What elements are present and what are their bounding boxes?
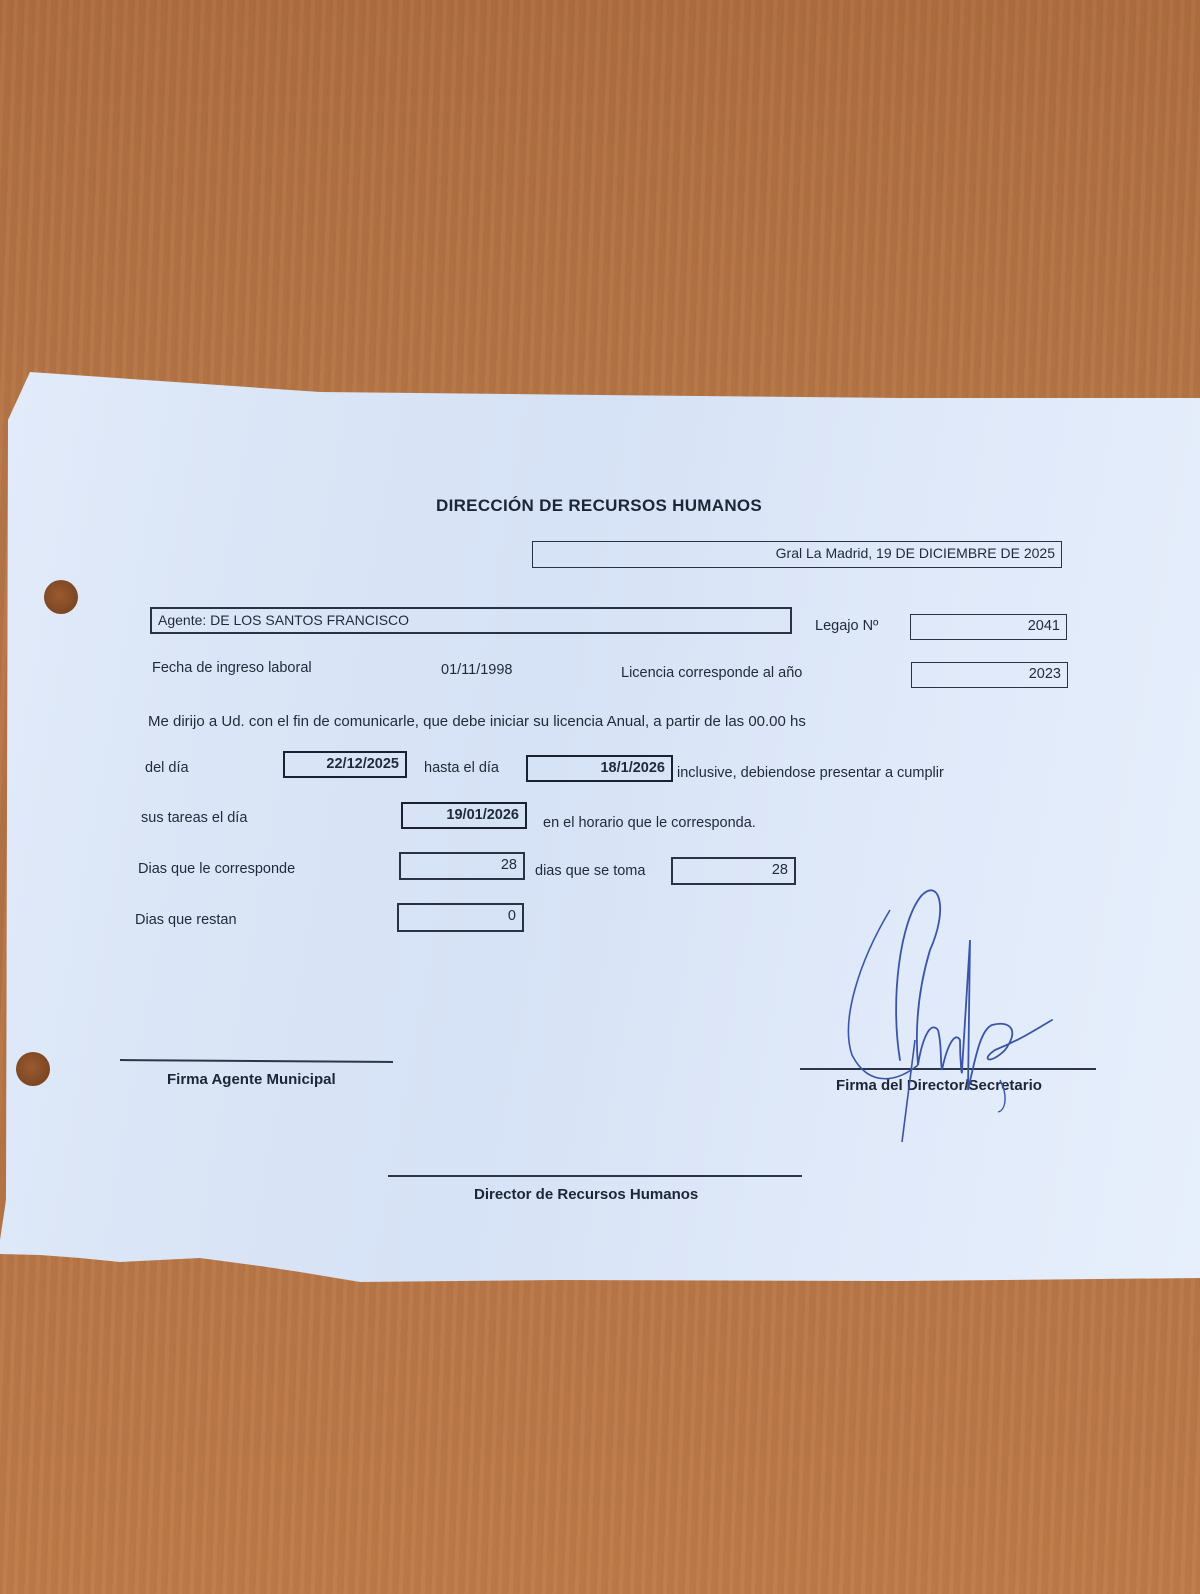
dias-toma-label: dias que se toma — [535, 863, 645, 879]
director-rrhh-label: Director de Recursos Humanos — [474, 1186, 698, 1203]
return-date-field: 19/01/2026 — [401, 802, 527, 829]
dias-restan-label: Dias que restan — [135, 912, 237, 928]
licencia-year-field: 2023 — [911, 662, 1068, 688]
del-dia-label: del día — [145, 760, 189, 776]
dias-restan-field: 0 — [397, 903, 524, 932]
agent-name-field: Agente: DE LOS SANTOS FRANCISCO — [150, 607, 792, 634]
ingreso-value: 01/11/1998 — [441, 662, 513, 678]
dias-toma-field: 28 — [671, 857, 796, 885]
signature-line-rrhh — [388, 1175, 802, 1177]
ingreso-label: Fecha de ingreso laboral — [152, 660, 312, 676]
licencia-year-label: Licencia corresponde al año — [621, 665, 802, 681]
dias-corresponde-field: 28 — [399, 852, 525, 880]
punch-hole-top — [44, 580, 78, 614]
punch-hole-bottom — [16, 1052, 50, 1086]
body-text: Me dirijo a Ud. con el fin de comunicarl… — [148, 713, 806, 730]
legajo-field: 2041 — [910, 614, 1067, 640]
place-date-field: Gral La Madrid, 19 DE DICIEMBRE DE 2025 — [532, 541, 1062, 568]
horario-text: en el horario que le corresponda. — [543, 815, 756, 831]
paper-sheet — [0, 0, 1200, 1594]
document-title: DIRECCIÓN DE RECURSOS HUMANOS — [436, 496, 762, 516]
firma-agente-label: Firma Agente Municipal — [167, 1071, 336, 1088]
end-date-field: 18/1/2026 — [526, 755, 673, 782]
handwritten-signature — [830, 880, 1070, 1150]
legajo-label: Legajo Nº — [815, 618, 878, 634]
dias-corresponde-label: Dias que le corresponde — [138, 861, 295, 877]
start-date-field: 22/12/2025 — [283, 751, 407, 778]
hasta-label: hasta el día — [424, 760, 499, 776]
inclusive-text: inclusive, debiendose presentar a cumpli… — [677, 765, 944, 781]
tareas-label: sus tareas el día — [141, 810, 247, 826]
